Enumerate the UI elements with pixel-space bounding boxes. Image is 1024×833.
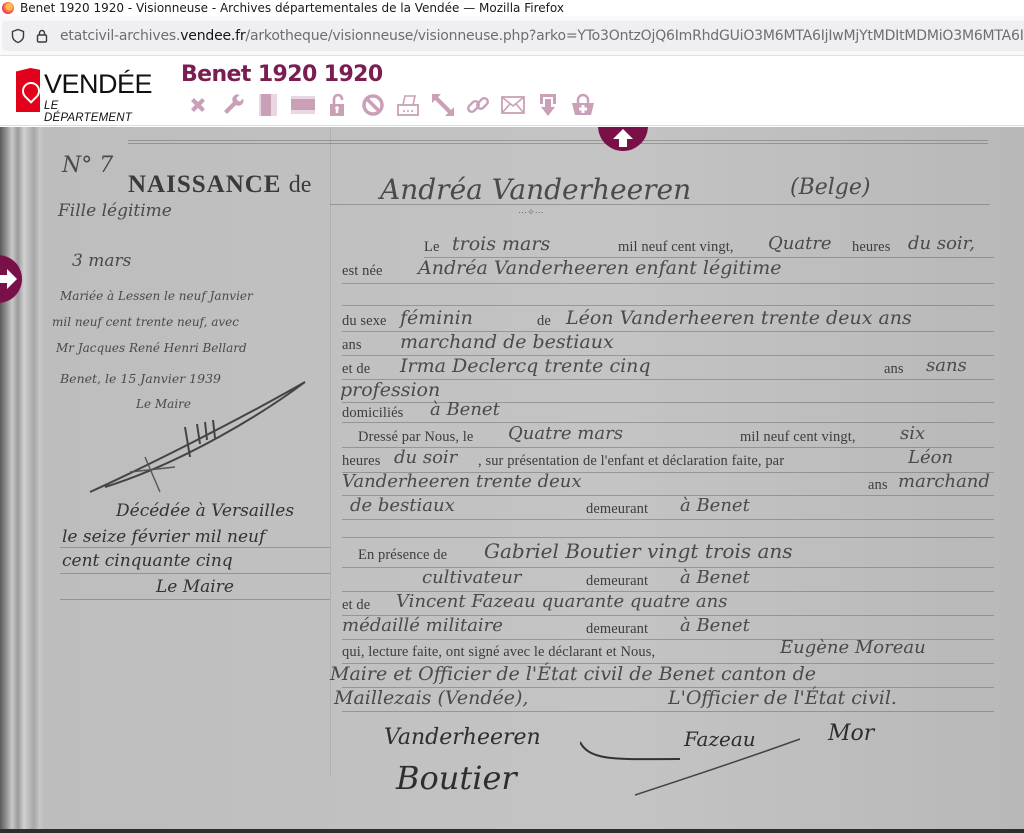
print-text: est née <box>342 263 383 280</box>
send-mail-button[interactable] <box>495 91 530 119</box>
tools-button[interactable] <box>215 91 250 119</box>
death-note-line: Décédée à Versailles <box>116 501 294 521</box>
arrow-right-icon <box>0 268 18 290</box>
hand-text: de bestiaux <box>350 495 455 516</box>
double-page-icon <box>291 93 315 117</box>
unlock-icon <box>326 93 350 117</box>
logo-subtitle: LE DÉPARTEMENT <box>44 100 141 124</box>
heading-text: NAISSANCE <box>128 171 281 198</box>
hand-text: sans <box>926 355 967 376</box>
image-viewer[interactable]: N° 7 NAISSANCE de Andréa Vanderheeren (B… <box>0 127 1024 833</box>
print-text: Dressé par Nous, le <box>358 429 473 446</box>
document-title: Benet 1920 1920 <box>181 62 383 87</box>
link-icon <box>466 93 490 117</box>
hand-text: Quatre <box>768 233 832 254</box>
rule <box>128 143 988 144</box>
url-bar[interactable]: etatcivil-archives.vendee.fr/arkotheque/… <box>2 21 1024 51</box>
hand-text: à Benet <box>680 495 750 516</box>
marriage-note-line: Mariée à Lessen le neuf Janvier <box>60 289 253 303</box>
death-note-line: cent cinquante cinq <box>62 551 233 571</box>
margin-date: 3 mars <box>72 251 131 271</box>
margin-status: Fille légitime <box>58 201 172 221</box>
print-text: demeurant <box>586 501 648 518</box>
prohibited-icon <box>361 93 385 117</box>
signature-boutier: Boutier <box>396 759 517 797</box>
rule <box>60 573 330 574</box>
rule <box>342 711 994 712</box>
window-title: Benet 1920 1920 - Visionneuse - Archives… <box>20 1 564 15</box>
download-icon <box>536 93 560 117</box>
print-button[interactable] <box>390 91 425 119</box>
hand-text: profession <box>340 379 440 401</box>
nationality: (Belge) <box>790 175 871 200</box>
print-text: qui, lecture faite, ont signé avec le dé… <box>342 644 655 661</box>
print-icon <box>396 93 420 117</box>
print-text: Le <box>424 239 440 256</box>
vertical-view-button[interactable] <box>250 91 285 119</box>
marriage-note-line: mil neuf cent trente neuf, avec <box>52 315 239 329</box>
rule <box>342 305 994 306</box>
rule <box>342 519 994 520</box>
signature-mayor: Mor <box>828 721 874 746</box>
viewer-toolbar <box>180 91 600 119</box>
ornament: ⋯✧⋯ <box>518 207 544 218</box>
death-note-line: Le Maire <box>156 577 234 597</box>
signature-vanderheeren: Vanderheeren <box>384 725 541 750</box>
print-text: ans <box>884 361 904 378</box>
hand-text: Léon Vanderheeren trente deux ans <box>566 307 912 329</box>
close-icon <box>186 93 210 117</box>
page-edge <box>0 829 1024 833</box>
browser-navbar: etatcivil-archives.vendee.fr/arkotheque/… <box>0 16 1024 56</box>
rule <box>342 537 994 538</box>
hand-text: Eugène Moreau <box>780 637 926 658</box>
print-text: du sexe <box>342 313 387 330</box>
vendee-heart-icon <box>16 68 40 112</box>
print-text: demeurant <box>586 573 648 590</box>
close-button[interactable] <box>180 91 215 119</box>
rule <box>60 547 330 548</box>
mail-icon <box>501 93 525 117</box>
hand-text: cultivateur <box>422 567 521 588</box>
death-note-line: le seize février mil neuf <box>62 527 265 547</box>
hand-text: Quatre mars <box>508 423 623 444</box>
site-header: VENDÉE LE DÉPARTEMENT Benet 1920 1920 <box>0 57 1024 126</box>
print-text: mil neuf cent vingt, <box>740 429 856 446</box>
basket-add-icon <box>571 93 595 117</box>
fullscreen-button[interactable] <box>425 91 460 119</box>
print-text: ans <box>868 477 888 494</box>
logo-wordmark: VENDÉE <box>44 69 152 100</box>
permalink-button[interactable] <box>460 91 495 119</box>
fullscreen-icon <box>431 93 455 117</box>
hand-text: marchand <box>898 471 990 492</box>
hand-text: Gabriel Boutier vingt trois ans <box>484 539 793 563</box>
print-text: mil neuf cent vingt, <box>618 239 734 256</box>
hand-text: à Benet <box>680 615 750 636</box>
print-text: ans <box>342 337 362 354</box>
person-name: Andréa Vanderheeren <box>380 173 691 206</box>
firefox-logo-icon <box>2 2 14 14</box>
print-text: et de <box>342 597 370 614</box>
heading-de: de <box>289 172 312 198</box>
horizontal-view-button[interactable] <box>285 91 320 119</box>
print-text: et de <box>342 361 370 378</box>
hand-text: six <box>900 423 925 444</box>
shield-icon[interactable] <box>10 28 26 44</box>
wrench-icon <box>221 93 245 117</box>
print-text: En présence de <box>358 547 447 564</box>
hand-text: marchand de bestiaux <box>400 331 614 353</box>
reset-button[interactable] <box>355 91 390 119</box>
hand-text: à Benet <box>680 567 750 588</box>
mayor-signature-flourish <box>85 372 315 502</box>
hand-text: Vanderheeren trente deux <box>342 471 582 492</box>
hand-text: du soir <box>394 447 457 468</box>
rule <box>342 422 994 423</box>
rule <box>342 283 994 284</box>
hand-text: Maillezais (Vendée), <box>334 687 528 709</box>
unlock-button[interactable] <box>320 91 355 119</box>
hand-text: Andréa Vanderheeren enfant légitime <box>418 257 781 279</box>
hand-text: Maire et Officier de l'État civil de Ben… <box>330 663 816 685</box>
add-to-basket-button[interactable] <box>565 91 600 119</box>
signature-flourish <box>630 737 810 797</box>
rule <box>330 204 990 205</box>
rule <box>60 599 330 600</box>
print-text: demeurant <box>586 621 648 638</box>
rule <box>128 140 988 141</box>
hand-text: médaillé militaire <box>342 615 503 636</box>
download-button[interactable] <box>530 91 565 119</box>
print-text: heures <box>852 239 890 256</box>
hand-text: L'Officier de l'État civil. <box>668 687 897 709</box>
print-text: domiciliés <box>342 405 403 422</box>
hand-text: féminin <box>400 307 473 329</box>
hand-text: Irma Declercq trente cinq <box>400 355 651 377</box>
register-page-image: N° 7 NAISSANCE de Andréa Vanderheeren (B… <box>0 127 1024 833</box>
single-page-icon <box>256 93 280 117</box>
lock-icon[interactable] <box>34 28 50 44</box>
url-path: /arkotheque/visionneuse/visionneuse.php?… <box>245 28 1024 44</box>
url-domain-prefix: etatcivil-archives. <box>60 28 180 44</box>
act-number: N° 7 <box>62 153 113 178</box>
hand-text: Vincent Fazeau quarante quatre ans <box>396 591 728 612</box>
hand-text: du soir, <box>908 233 975 254</box>
url-domain: vendee.fr <box>180 28 245 44</box>
hand-text: à Benet <box>430 399 500 420</box>
url-text[interactable]: etatcivil-archives.vendee.fr/arkotheque/… <box>60 28 1024 44</box>
window-titlebar: Benet 1920 1920 - Visionneuse - Archives… <box>0 0 1024 16</box>
print-text: heures <box>342 453 380 470</box>
act-heading: NAISSANCE de <box>128 171 311 199</box>
vendee-logo[interactable]: VENDÉE LE DÉPARTEMENT <box>16 65 141 115</box>
print-text: , sur présentation de l'enfant et déclar… <box>478 453 784 470</box>
marriage-note-line: Mr Jacques René Henri Bellard <box>56 341 247 355</box>
arrow-up-icon <box>612 128 634 148</box>
hand-text: trois mars <box>452 233 550 255</box>
print-text: de <box>537 313 551 330</box>
hand-text: Léon <box>908 447 953 468</box>
